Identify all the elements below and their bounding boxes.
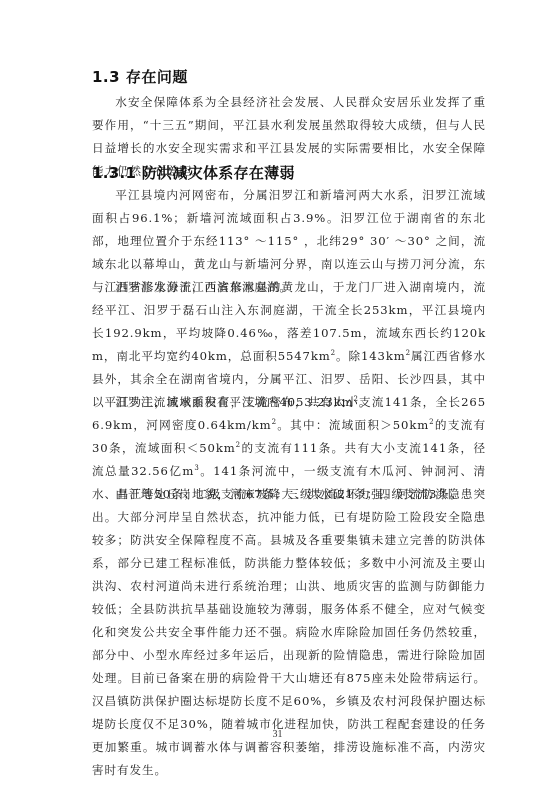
page-number: 31 [0, 729, 555, 740]
section-title: 存在问题 [126, 68, 188, 86]
subsection-number: 1.3.1 [92, 164, 136, 182]
section-heading: 1.3 存在问题 [92, 66, 188, 87]
section-number: 1.3 [92, 68, 120, 86]
subsection-title: 防洪减灾体系存在薄弱 [142, 164, 295, 182]
subsection-heading: 1.3.1 防洪减灾体系存在薄弱 [92, 162, 295, 183]
